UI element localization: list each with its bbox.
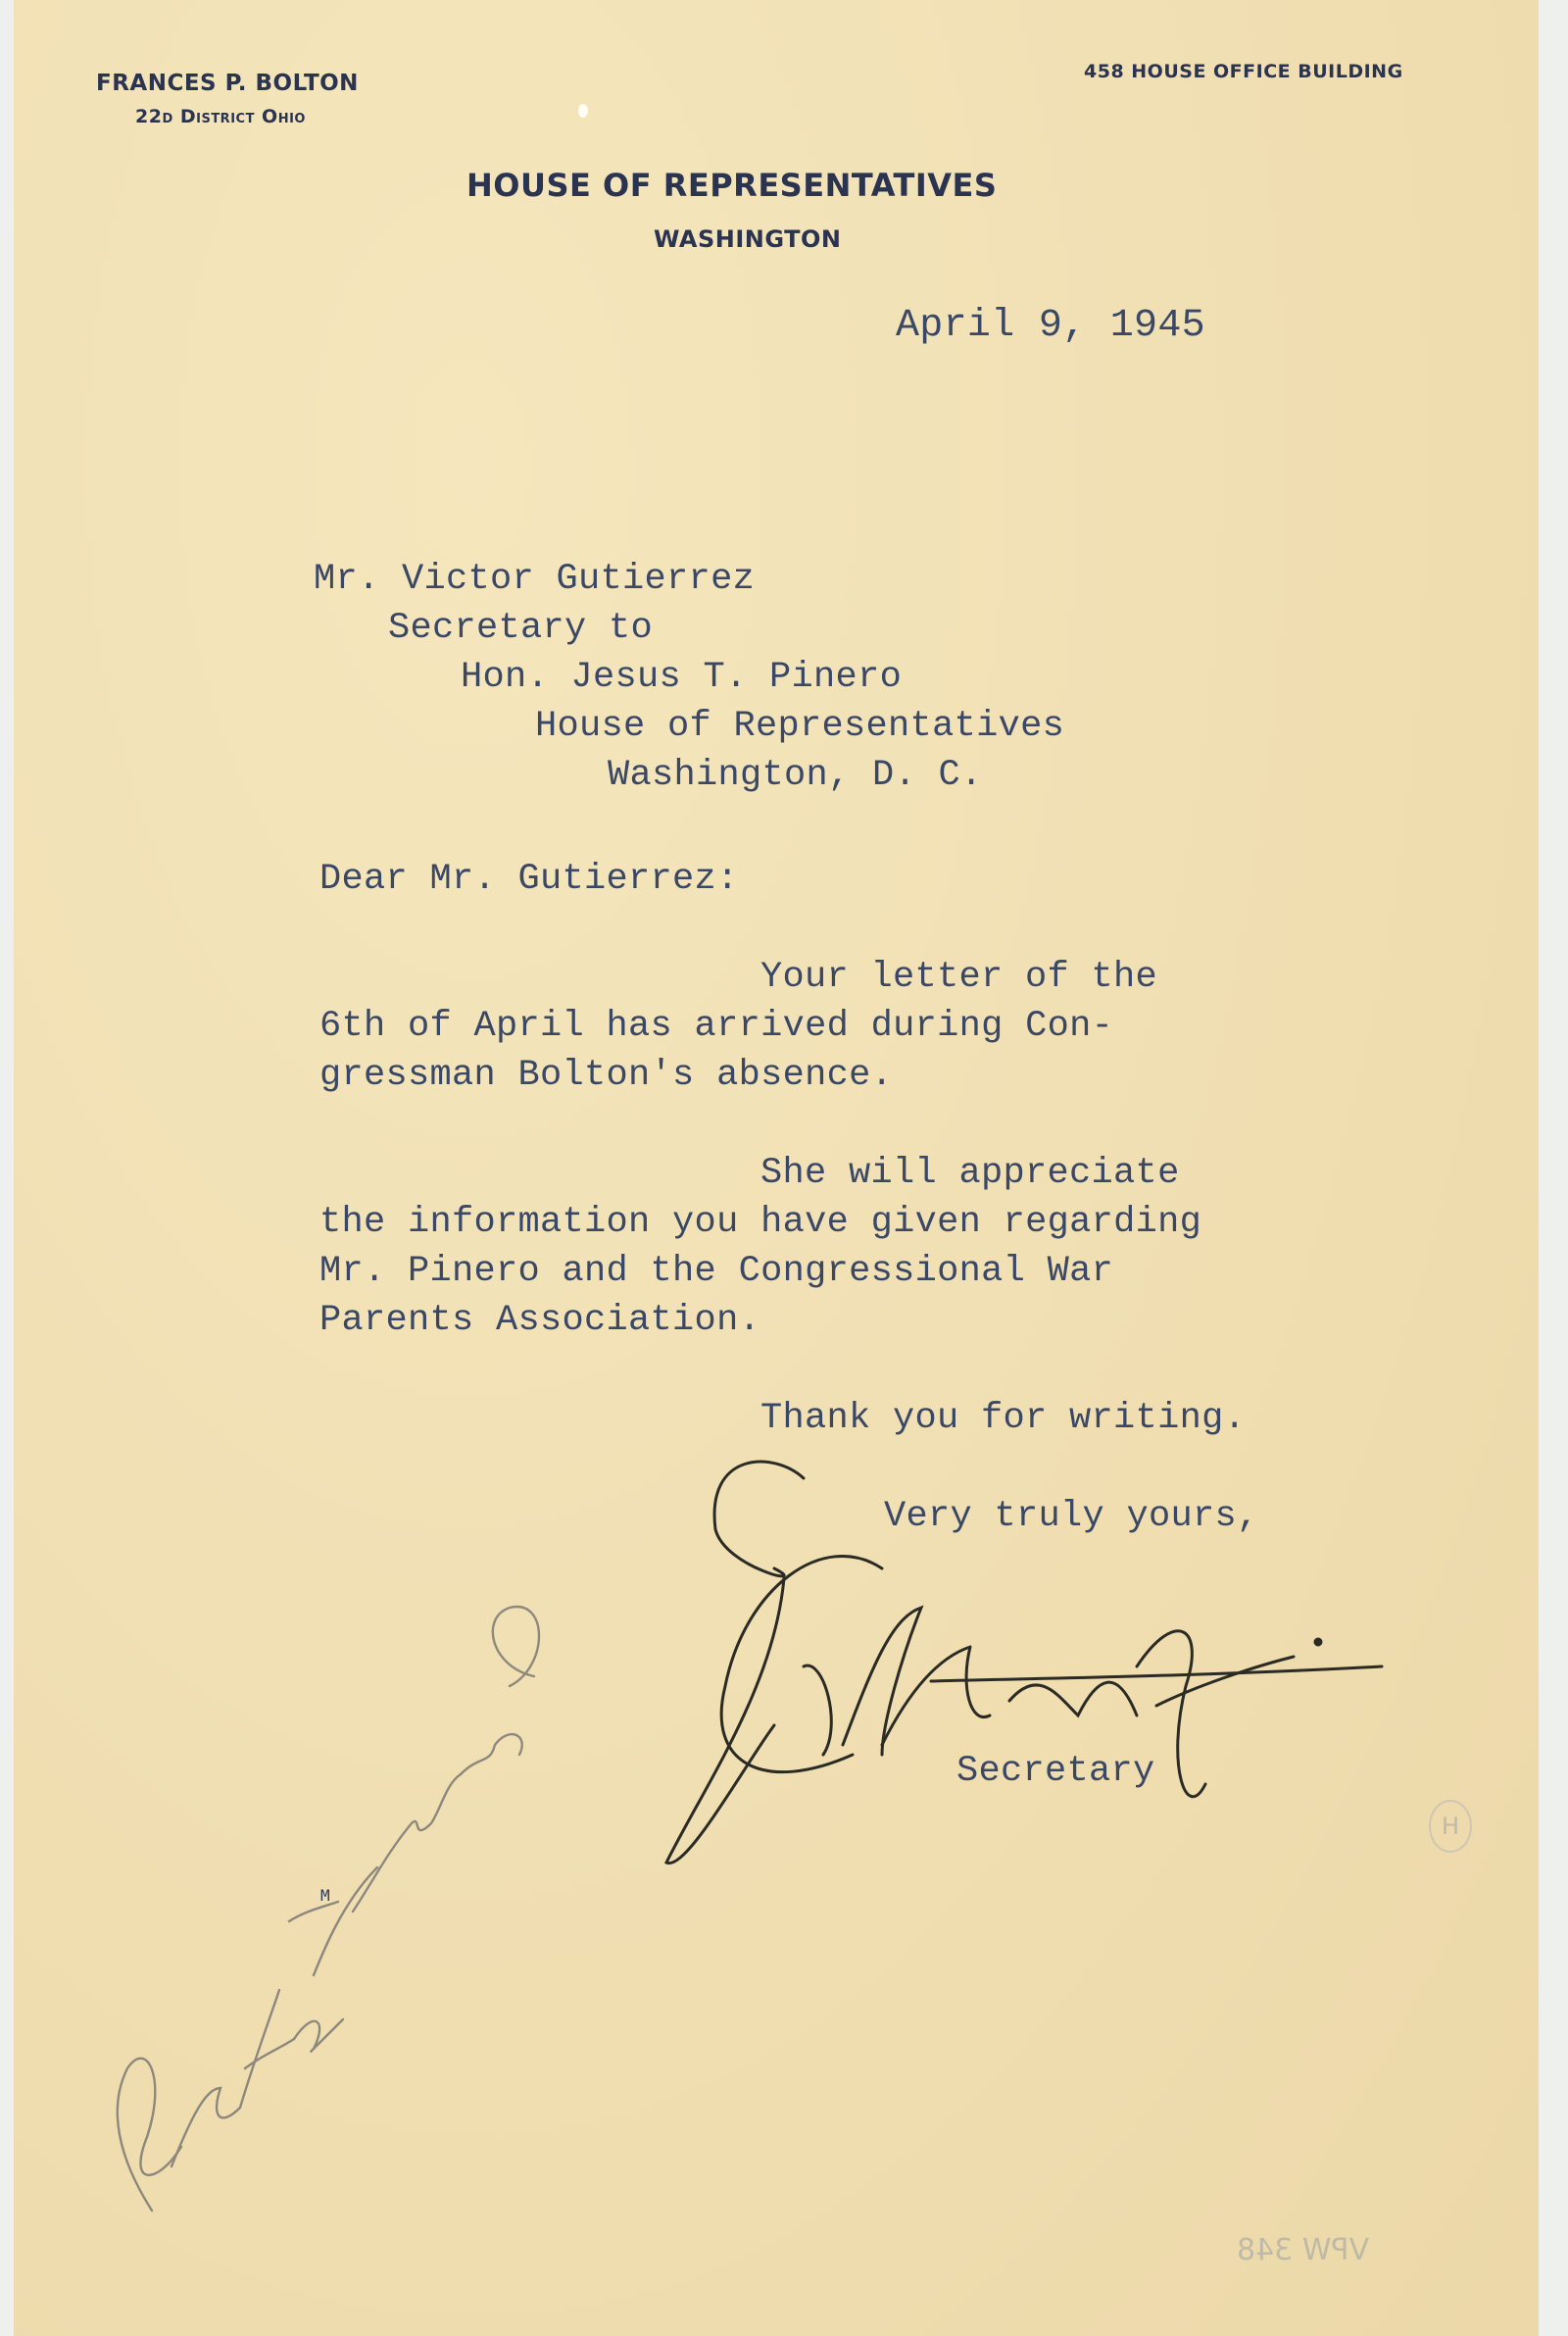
body-line: gressman Bolton's absence. bbox=[319, 1055, 893, 1096]
recipient-line-3: Hon. Jesus T. Pinero bbox=[461, 657, 902, 698]
body-line: She will appreciate bbox=[760, 1153, 1180, 1194]
letterhead-address: 458 HOUSE OFFICE BUILDING bbox=[1084, 61, 1403, 82]
body-line: 6th of April has arrived during Con- bbox=[319, 1006, 1113, 1047]
letterhead-institution: HOUSE OF REPRESENTATIVES bbox=[466, 167, 997, 204]
recipient-line-2: Secretary to bbox=[388, 608, 653, 649]
letterhead-city: WASHINGTON bbox=[654, 225, 842, 253]
letter-date: April 9, 1945 bbox=[896, 304, 1205, 348]
stamp-circle: H bbox=[1429, 1800, 1472, 1853]
body-line: the information you have given regarding bbox=[319, 1202, 1201, 1243]
faint-bleedthrough-number: VPW 348 bbox=[1237, 2233, 1369, 2267]
body-line: Thank you for writing. bbox=[760, 1398, 1246, 1439]
body-line: Mr. Pinero and the Congressional War bbox=[319, 1251, 1113, 1292]
closing: Very truly yours, bbox=[884, 1496, 1259, 1537]
signature-title: Secretary bbox=[956, 1751, 1155, 1792]
archive-mark: M bbox=[320, 1886, 330, 1905]
letterhead-district: 22d District Ohio bbox=[135, 106, 306, 127]
body-line: Your letter of the bbox=[760, 957, 1157, 998]
recipient-line-4: House of Representatives bbox=[535, 706, 1064, 747]
punch-hole bbox=[578, 104, 588, 118]
body-line: Parents Association. bbox=[319, 1300, 760, 1341]
recipient-line-5: Washington, D. C. bbox=[608, 755, 983, 796]
letterhead-name: FRANCES P. BOLTON bbox=[96, 71, 359, 96]
salutation: Dear Mr. Gutierrez: bbox=[319, 859, 739, 900]
recipient-line-1: Mr. Victor Gutierrez bbox=[314, 559, 755, 600]
